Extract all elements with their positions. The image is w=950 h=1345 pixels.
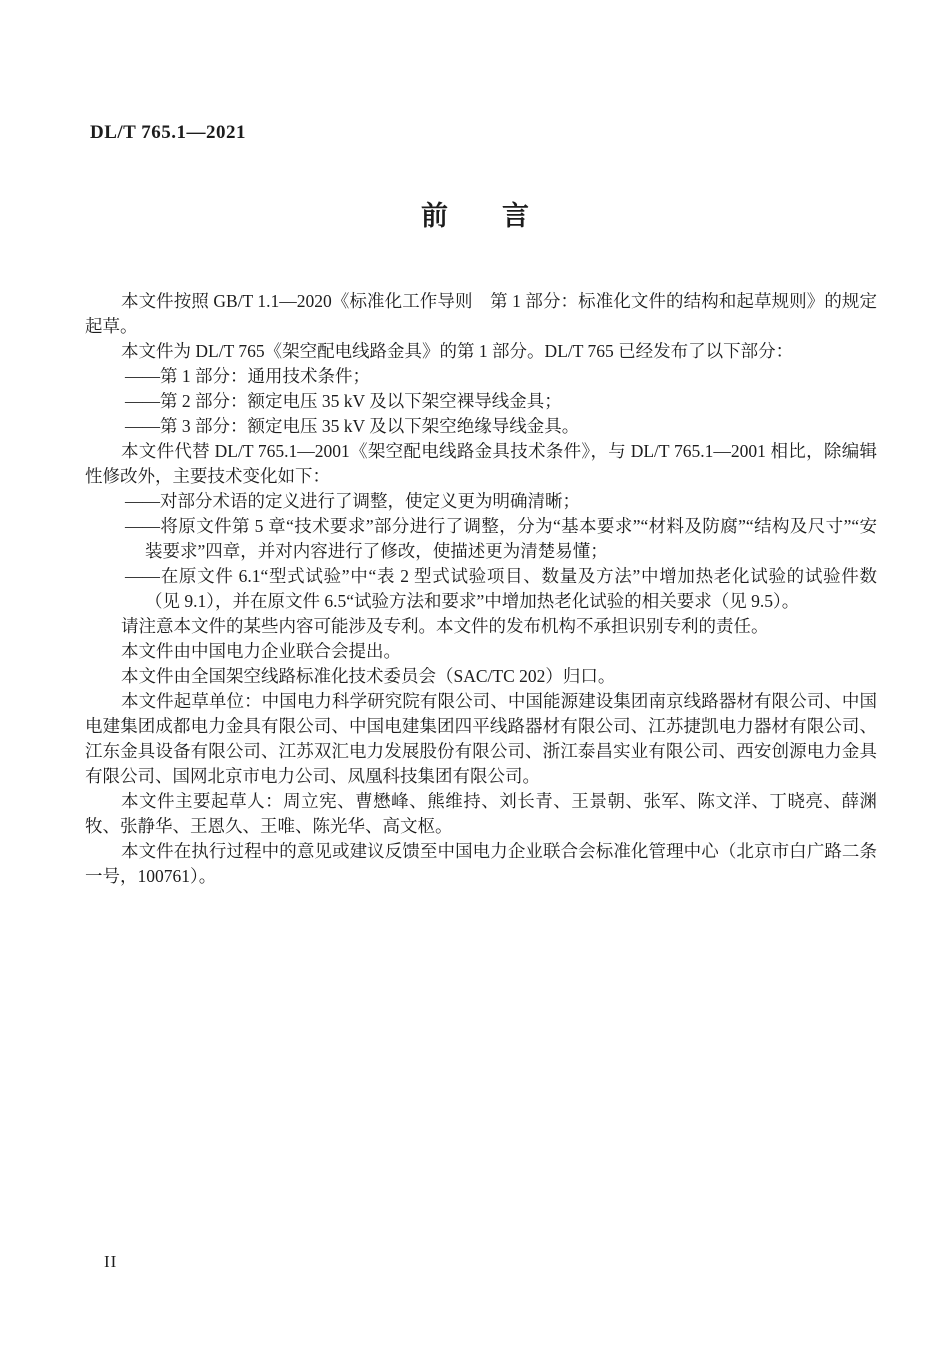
- page-title: 前 言: [0, 194, 950, 233]
- page-number: II: [104, 1252, 117, 1272]
- list-item-part-1: ——第 1 部分：通用技术条件；: [85, 364, 877, 389]
- change-item-type-test: ——在原文件 6.1“型式试验”中“表 2 型式试验项目、数量及方法”中增加热老…: [85, 564, 877, 614]
- list-item-part-3: ——第 3 部分：额定电压 35 kV 及以下架空绝缘导线金具。: [85, 414, 877, 439]
- change-item-terms: ——对部分术语的定义进行了调整，使定义更为明确清晰；: [85, 489, 877, 514]
- change-item-chapter5: ——将原文件第 5 章“技术要求”部分进行了调整，分为“基本要求”“材料及防腐”…: [85, 514, 877, 564]
- paragraph-replaces: 本文件代替 DL/T 765.1—2001《架空配电线路金具技术条件》，与 DL…: [85, 439, 877, 489]
- paragraph-drafting-basis: 本文件按照 GB/T 1.1—2020《标准化工作导则 第 1 部分：标准化文件…: [85, 289, 877, 339]
- paragraph-feedback: 本文件在执行过程中的意见或建议反馈至中国电力企业联合会标准化管理中心（北京市白广…: [85, 839, 877, 889]
- list-item-part-2: ——第 2 部分：额定电压 35 kV 及以下架空裸导线金具；: [85, 389, 877, 414]
- foreword-body: 本文件按照 GB/T 1.1—2020《标准化工作导则 第 1 部分：标准化文件…: [85, 289, 877, 889]
- document-page: DL/T 765.1—2021 前 言 本文件按照 GB/T 1.1—2020《…: [0, 0, 950, 1345]
- paragraph-drafting-organizations: 本文件起草单位：中国电力科学研究院有限公司、中国能源建设集团南京线路器材有限公司…: [85, 689, 877, 789]
- paragraph-patent-notice: 请注意本文件的某些内容可能涉及专利。本文件的发布机构不承担识别专利的责任。: [85, 614, 877, 639]
- standard-number: DL/T 765.1—2021: [90, 122, 246, 144]
- paragraph-proposed-by: 本文件由中国电力企业联合会提出。: [85, 639, 877, 664]
- paragraph-centralized-by: 本文件由全国架空线路标准化技术委员会（SAC/TC 202）归口。: [85, 664, 877, 689]
- paragraph-series-intro: 本文件为 DL/T 765《架空配电线路金具》的第 1 部分。DL/T 765 …: [85, 339, 877, 364]
- paragraph-main-drafters: 本文件主要起草人：周立宪、曹懋峰、熊维持、刘长青、王景朝、张军、陈文洋、丁晓亮、…: [85, 789, 877, 839]
